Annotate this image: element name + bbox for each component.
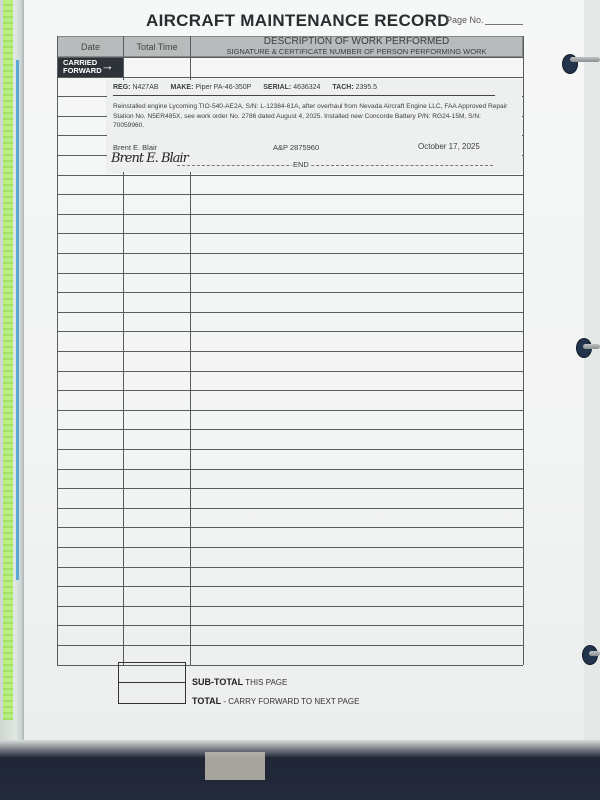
binder-ring [583, 344, 600, 349]
carried-forward-badge: CARRIED FORWARD → [57, 57, 124, 77]
column-header-total-time-label: Total Time [136, 42, 177, 52]
certificate-number: A&P 2875960 [273, 143, 319, 152]
subtotal-bold: SUB-TOTAL [192, 677, 243, 687]
column-line [523, 36, 524, 665]
carried-forward-line2: FORWARD [63, 67, 124, 75]
page-margin [584, 0, 600, 740]
end-marker: END [292, 160, 310, 169]
table-row[interactable] [57, 292, 523, 312]
background-object [205, 752, 265, 780]
end-line [177, 165, 493, 166]
table-row[interactable] [57, 606, 523, 626]
table-row[interactable] [57, 175, 523, 195]
table-row[interactable] [57, 194, 523, 214]
tach-value: 2395.5 [356, 84, 377, 91]
serial-label: SERIAL: [263, 84, 291, 91]
table-row[interactable] [57, 567, 523, 587]
column-header-description: DESCRIPTION OF WORK PERFORMED SIGNATURE … [190, 36, 523, 57]
page-number-label: Page No. [446, 15, 484, 25]
binder-ring [589, 651, 600, 656]
table-row[interactable] [57, 214, 523, 234]
table-row[interactable] [57, 390, 523, 410]
column-header-total-time: Total Time [123, 36, 191, 57]
signature-header-label: SIGNATURE & CERTIFICATE NUMBER OF PERSON… [226, 47, 486, 57]
form-title: AIRCRAFT MAINTENANCE RECORD [146, 11, 450, 31]
arrow-right-icon: → [101, 62, 114, 70]
total-field[interactable] [118, 682, 186, 704]
work-description: Reinstalled engine Lycoming TIO-540-AE2A… [113, 102, 508, 131]
description-header-label: DESCRIPTION OF WORK PERFORMED [264, 37, 450, 47]
table-row[interactable] [57, 429, 523, 449]
maintenance-entry-label: REG: N427AB MAKE: Piper PA-46-350P SERIA… [107, 80, 522, 172]
table-row[interactable] [57, 312, 523, 332]
make-value: Piper PA-46-350P [195, 84, 251, 91]
table-row[interactable] [57, 233, 523, 253]
total-bold: TOTAL [192, 696, 221, 706]
tach-label: TACH: [332, 84, 353, 91]
page-number-field[interactable] [485, 24, 523, 25]
binder-ring [570, 57, 600, 62]
table-row[interactable] [57, 351, 523, 371]
table-row[interactable] [57, 625, 523, 645]
total-label: TOTAL - CARRY FORWARD TO NEXT PAGE [192, 696, 359, 706]
table-row[interactable] [57, 586, 523, 606]
entry-date: October 17, 2025 [418, 142, 480, 151]
divider [113, 95, 495, 96]
table-row[interactable] [57, 469, 523, 489]
table-row[interactable] [57, 331, 523, 351]
row-line [57, 57, 523, 58]
table-row[interactable] [57, 527, 523, 547]
table-row[interactable] [57, 547, 523, 567]
make-label: MAKE: [170, 84, 193, 91]
table-row[interactable] [57, 410, 523, 430]
serial-value: 4636324 [293, 84, 320, 91]
signature: Brent E. Blair [111, 151, 188, 166]
binder-divider-edge [16, 60, 19, 580]
subtotal-field[interactable] [118, 662, 186, 683]
table-row[interactable] [57, 273, 523, 293]
table-row[interactable] [57, 449, 523, 469]
background-floor [0, 740, 600, 800]
table-row[interactable] [57, 253, 523, 273]
table-row[interactable] [57, 488, 523, 508]
column-header-date-label: Date [81, 42, 100, 52]
column-header-date: Date [57, 36, 124, 57]
total-rest: - CARRY FORWARD TO NEXT PAGE [221, 697, 359, 706]
subtotal-rest: THIS PAGE [245, 678, 287, 687]
table-row[interactable] [57, 371, 523, 391]
reg-label: REG: [113, 84, 131, 91]
green-cable-tie [3, 0, 13, 720]
subtotal-label: SUB-TOTAL THIS PAGE [192, 677, 287, 687]
aircraft-info: REG: N427AB MAKE: Piper PA-46-350P SERIA… [113, 84, 387, 91]
table-row[interactable] [57, 508, 523, 528]
reg-value: N427AB [132, 84, 158, 91]
